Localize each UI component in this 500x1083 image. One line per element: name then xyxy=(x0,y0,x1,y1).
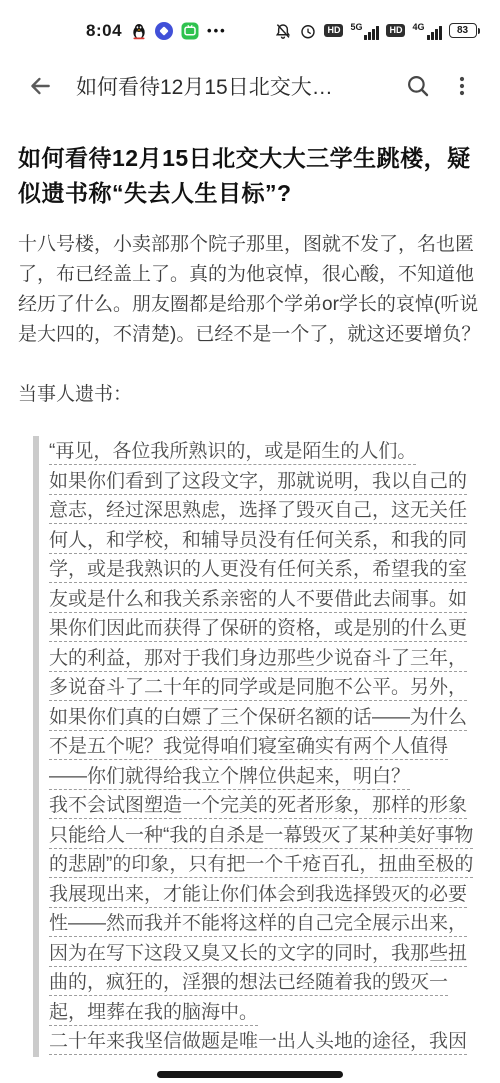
signal-4g-icon: 4G xyxy=(412,22,441,40)
notification-app-icons: ••• xyxy=(131,22,227,40)
volte-hd-icon: HD xyxy=(324,24,343,37)
phone-screen: 8:04 ••• xyxy=(0,0,500,1083)
green-app-icon xyxy=(181,22,199,40)
suicide-note-blockquote: “再见，各位我所熟识的，或是陌生的人们。 如果你们看到了这段文字，那就说明，我以… xyxy=(33,436,482,1057)
question-title: 如何看待12月15日北交大大三学生跳楼，疑似遗书称“失去人生目标”? xyxy=(18,141,482,211)
overflow-menu-button[interactable] xyxy=(442,66,482,106)
signal-5g-icon: 5G xyxy=(350,22,379,40)
blue-app-icon xyxy=(155,22,173,40)
note-paragraph: “再见，各位我所熟识的，或是陌生的人们。 xyxy=(49,437,482,467)
volte-hd-icon-2: HD xyxy=(386,24,405,37)
battery-percent: 83 xyxy=(449,23,477,38)
question-description: 十八号楼，小卖部那个院子那里，图就不发了，名也匿了，布已经盖上了。真的为他哀悼，… xyxy=(18,230,482,350)
alarm-clock-icon xyxy=(299,22,317,40)
note-paragraph: 我不会试图塑造一个完美的死者形象，那样的形象只能给人一种“我的自杀是一幕毁灭了某… xyxy=(49,791,482,1027)
battery-icon: 83 xyxy=(449,23,481,38)
status-bar-right: HD 5G HD 4G 83 xyxy=(274,22,480,40)
question-page-content: 如何看待12月15日北交大大三学生跳楼，疑似遗书称“失去人生目标”? 十八号楼，… xyxy=(0,141,500,1057)
mute-bell-icon xyxy=(274,22,292,40)
qq-penguin-icon xyxy=(131,22,147,40)
status-bar: 8:04 ••• xyxy=(0,0,500,55)
note-intro-label: 当事人遗书： xyxy=(18,380,482,410)
home-indicator-bar[interactable] xyxy=(157,1071,343,1078)
clock-time: 8:04 xyxy=(86,21,122,41)
search-button[interactable] xyxy=(398,66,438,106)
back-button[interactable] xyxy=(22,68,58,104)
app-bar: 如何看待12月15日北交大… xyxy=(0,55,500,117)
note-paragraph: 如果你们看到了这段文字，那就说明，我以自己的意志，经过深思熟虑，选择了毁灭自己，… xyxy=(49,467,482,792)
search-icon xyxy=(405,73,431,99)
more-notifications-icon: ••• xyxy=(207,23,227,38)
kebab-menu-icon xyxy=(450,74,474,98)
page-title-truncated: 如何看待12月15日北交大… xyxy=(76,71,394,101)
note-paragraph: 二十年来我坚信做题是唯一出人头地的途径，我因 xyxy=(49,1027,482,1057)
back-arrow-icon xyxy=(27,73,53,99)
